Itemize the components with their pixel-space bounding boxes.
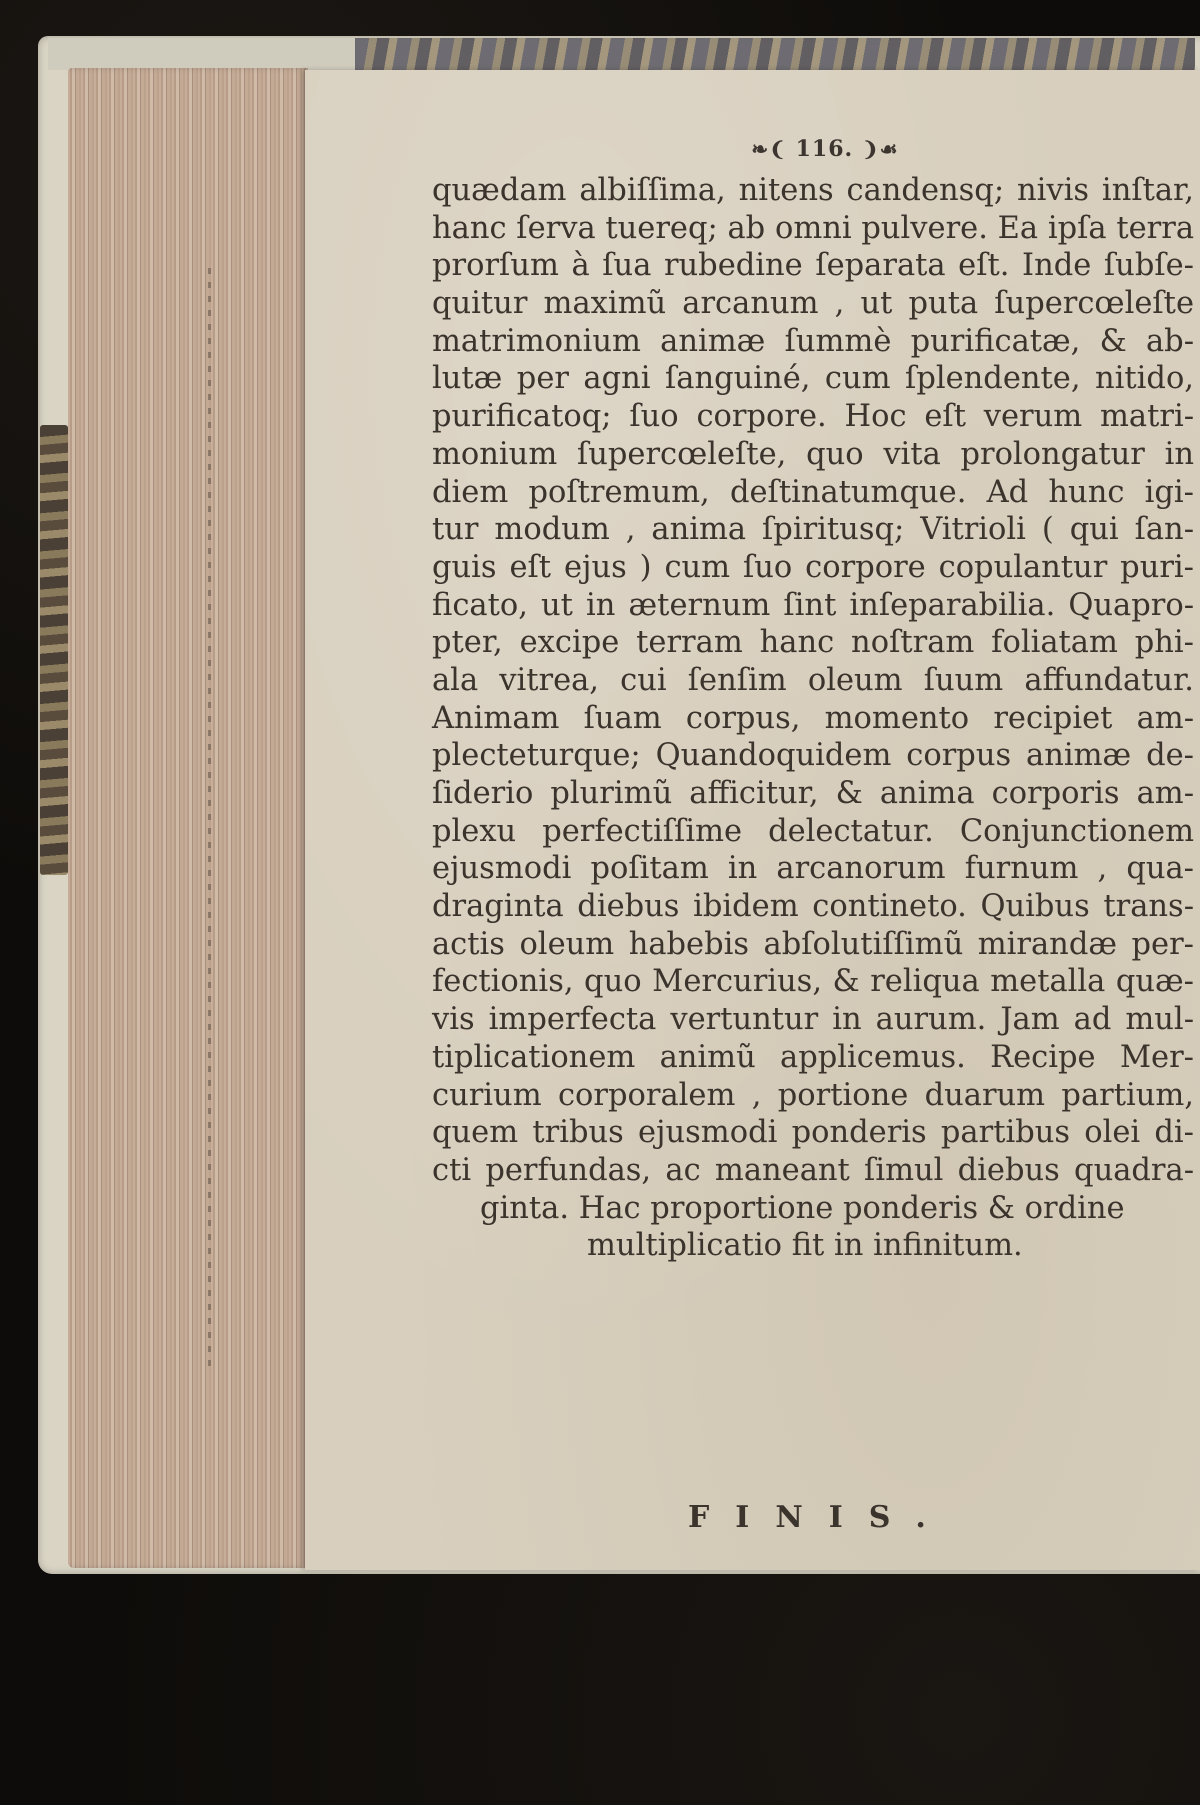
text-line: diem poſtremum, deſtinatumque. Ad hunc i… (432, 474, 1194, 512)
text-line: ejusmodi poſitam in arcanorum furnum , q… (432, 850, 1194, 888)
text-line: ala vitrea, cui ſenſim oleum ſuum affund… (432, 662, 1194, 700)
text-line: quitur maximũ arcanum , ut puta ſupercœl… (432, 285, 1194, 323)
text-line: quædam albiſſima, nitens candensq; nivis… (432, 172, 1194, 210)
marbled-cover-side (40, 425, 68, 875)
stacked-page-edges (68, 68, 308, 1568)
marbled-cover-top (355, 38, 1195, 72)
text-line: ginta. Hac proportione ponderis & ordine (432, 1190, 1194, 1228)
left-ornament-icon: ❧❨ (751, 137, 787, 161)
page-body-text: quædam albiſſima, nitens candensq; nivis… (432, 172, 1194, 1265)
text-line: monium ſupercœleſte, quo vita prolongatu… (432, 436, 1194, 474)
text-line: plexu perfectiſſime delectatur. Conjunct… (432, 813, 1194, 851)
text-line-final: multiplicatio fit in infinitum. (432, 1227, 1194, 1265)
text-line: matrimonium animæ ſummè purificatæ, & ab… (432, 323, 1194, 361)
running-head: ❧❨ 116. ❩☙ (715, 136, 935, 162)
page-number: 116. (796, 136, 854, 162)
text-line: prorſum à ſua rubedine ſeparata eſt. Ind… (432, 247, 1194, 285)
text-line: actis oleum habebis abſolutiſſimũ mirand… (432, 926, 1194, 964)
text-line: vis imperfecta vertuntur in aurum. Jam a… (432, 1001, 1194, 1039)
finis-heading: FINIS. (688, 1500, 952, 1535)
right-ornament-icon: ❩☙ (862, 137, 899, 161)
text-line: pter, excipe terram hanc noſtram foliata… (432, 624, 1194, 662)
text-line: quem tribus ejusmodi ponderis partibus o… (432, 1114, 1194, 1152)
text-line: tiplicationem animũ applicemus. Recipe M… (432, 1039, 1194, 1077)
text-line: ſiderio plurimũ afficitur, & anima corpo… (432, 775, 1194, 813)
text-line: fectionis, quo Mercurius, & reliqua meta… (432, 963, 1194, 1001)
text-line: curium corporalem , portione duarum part… (432, 1077, 1194, 1115)
text-line: Animam ſuam corpus, momento recipiet am- (432, 700, 1194, 738)
text-line: guis eſt ejus ) cum ſuo corpore copulant… (432, 549, 1194, 587)
cover-top-edge (48, 38, 358, 70)
text-line: ficato, ut in æternum ſint inſeparabilia… (432, 587, 1194, 625)
text-line: lutæ per agni ſanguiné, cum ſplendente, … (432, 360, 1194, 398)
text-line: plecteturque; Quandoquidem corpus animæ … (432, 737, 1194, 775)
text-line: purificatoq; ſuo corpore. Hoc eſt verum … (432, 398, 1194, 436)
text-line: cti perfundas, ac maneant ſimul diebus q… (432, 1152, 1194, 1190)
text-line: draginta diebus ibidem contineto. Quibus… (432, 888, 1194, 926)
text-line: hanc ſerva tuereq; ab omni pulvere. Ea i… (432, 210, 1194, 248)
text-line: tur modum , anima ſpiritusq; Vitrioli ( … (432, 511, 1194, 549)
